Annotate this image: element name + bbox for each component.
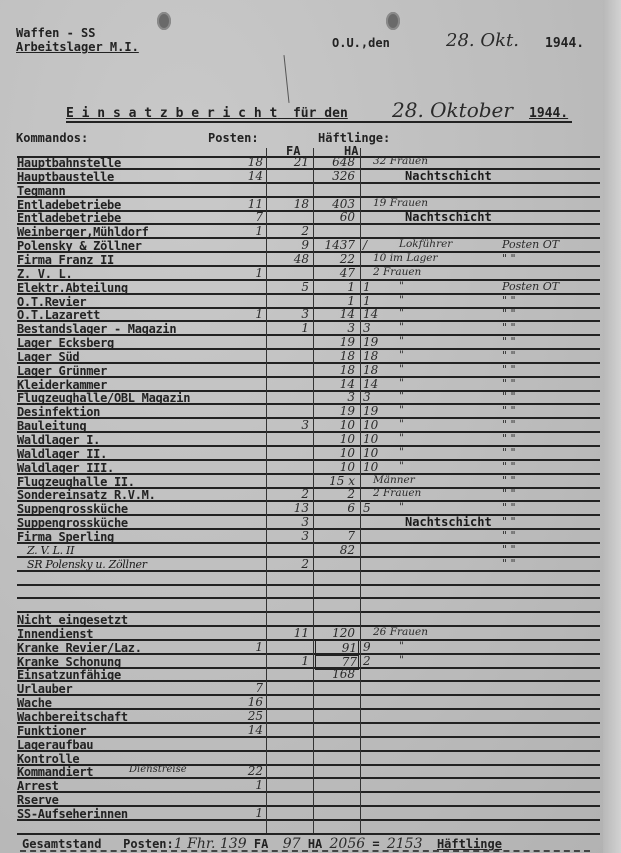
row-ha-extra: 3 (363, 321, 383, 335)
table-row: KommandiertDienstreise22 (17, 767, 600, 780)
row-name-note: Dienstreise (129, 764, 187, 775)
table-row (17, 587, 600, 600)
row-ha: 1 (315, 280, 355, 294)
row-fa: 3 (269, 529, 309, 543)
row-ha: 10 (315, 446, 355, 460)
row-typed-note: Nachtschicht (405, 169, 492, 183)
row-ha-extra: 18 (363, 349, 383, 363)
row-posten: 1 (223, 266, 263, 280)
row-ha-extra: 5 (363, 501, 383, 515)
row-name: Hauptbaustelle (17, 170, 114, 184)
row-name: Waldlager I. (17, 433, 100, 447)
row-ha-extra: 10 (363, 432, 383, 446)
summary-equals: = (372, 837, 379, 851)
row-ha: 19 (315, 404, 355, 418)
row-ot-note: " " (502, 418, 516, 431)
row-ha: 10 (315, 418, 355, 432)
row-name: Entladebetriebe (17, 211, 121, 225)
row-fa: 3 (269, 418, 309, 432)
row-ha: 14 (315, 307, 355, 321)
row-name: Lageraufbau (17, 738, 93, 752)
row-ot-note: " " (502, 543, 516, 556)
row-name: Einsatzunfähige (17, 668, 121, 682)
punch-hole-icon (386, 12, 400, 30)
row-fa: 1 (269, 654, 309, 668)
row-name: Kleiderkammer (17, 378, 107, 392)
row-remark: " (399, 446, 404, 458)
row-ot-note: " " (502, 404, 516, 417)
row-remark: " (399, 349, 404, 361)
row-ha-extra: 9 (363, 640, 383, 654)
row-remark: " (399, 460, 404, 472)
row-ha: 22 (315, 252, 355, 266)
row-posten: 11 (223, 197, 263, 211)
row-posten: 1 (223, 640, 263, 654)
row-name: Wache (17, 696, 52, 710)
row-remark: " (399, 335, 404, 347)
row-ot-note: " " (502, 377, 516, 390)
report-title: E i n s a t z b e r i c h t für den (66, 106, 348, 121)
row-ot-note: " " (502, 487, 516, 500)
row-fa: 9 (269, 238, 309, 252)
row-ot-note: Posten OT (502, 238, 559, 251)
row-ha-extra: 3 (363, 390, 383, 404)
row-posten: 1 (223, 778, 263, 792)
row-ha: 3 (315, 321, 355, 335)
row-fa: 48 (269, 252, 309, 266)
row-name: Firma Franz II (17, 253, 114, 267)
table-row: Arrest1 (17, 781, 600, 794)
row-name: Kontrolle (17, 752, 79, 766)
row-ha: 2 (315, 487, 355, 501)
row-name: Elektr.Abteilung (17, 281, 128, 295)
row-ot-note: " " (502, 349, 516, 362)
row-fa: 21 (269, 155, 309, 169)
row-name: Wachbereitschaft (17, 710, 128, 724)
row-ha: 3 (315, 390, 355, 404)
row-ha-extra: 1 (363, 280, 383, 294)
row-ha: 14 (315, 377, 355, 391)
row-posten: 22 (223, 764, 263, 778)
table-row: SR Polensky u. Zöllner2" " (17, 560, 600, 573)
row-ha-extra: / (363, 238, 383, 252)
row-name: Arrest (17, 779, 59, 793)
row-ha-extra: 10 (363, 460, 383, 474)
row-ot-note: Posten OT (502, 280, 559, 293)
table-row: Einsatzunfähige168 (17, 670, 600, 683)
summary-ha-label: HA (308, 837, 322, 851)
summary-posten-label: Posten: (123, 837, 174, 851)
row-name: Flugzeughalle II. (17, 475, 135, 489)
row-fa: 3 (269, 515, 309, 529)
table-row: Kontrolle (17, 754, 600, 767)
place-prefix: O.U.,den (332, 36, 390, 50)
row-ha-extra: 10 (363, 418, 383, 432)
row-name: Lager Süd (17, 350, 79, 364)
summary-fa-label: FA (254, 837, 268, 851)
row-name: O.T.Lazarett (17, 308, 100, 322)
row-ha: 1 (315, 294, 355, 308)
org-line-1: Waffen - SS (16, 26, 139, 40)
summary-total-label: Häftlinge (437, 837, 502, 851)
row-ha: 168 (315, 667, 355, 681)
row-remark: " (399, 418, 404, 430)
row-posten: 1 (223, 224, 263, 238)
row-ot-note: " " (502, 460, 516, 473)
row-fa: 2 (269, 487, 309, 501)
row-remark: " (399, 404, 404, 416)
row-name: Waldlager II. (17, 447, 107, 461)
row-name: Innendienst (17, 627, 93, 641)
table-row: Firma Franz II482210 im Lager" " (17, 255, 600, 268)
row-ot-note: " " (502, 501, 516, 514)
row-remark: " (399, 377, 404, 389)
summary-label: Gesamtstand (22, 837, 101, 851)
row-ha: 648 (315, 155, 355, 169)
row-name: Kranke Schonung (17, 655, 121, 669)
row-ot-note: " " (502, 529, 516, 542)
row-remark: " (399, 280, 404, 292)
row-fa: 2 (269, 557, 309, 571)
page-edge (603, 0, 621, 853)
row-ot-note: " " (502, 363, 516, 376)
row-name: Hauptbahnstelle (17, 156, 121, 170)
row-name: Suppengrossküche (17, 516, 128, 530)
row-remark: 26 Frauen (373, 626, 428, 638)
row-ot-note: " " (502, 335, 516, 348)
row-ot-note: " " (502, 294, 516, 307)
row-name: Weinberger,Mühldorf (17, 225, 149, 239)
col-kommandos: Kommandos: (16, 131, 88, 145)
row-ha: 326 (315, 169, 355, 183)
row-name: Flugzeughalle/OBL Magazin (17, 391, 190, 405)
row-ot-note: " " (502, 474, 516, 487)
table-row: Hauptbaustelle14326Nachtschicht (17, 172, 600, 185)
title-year: 1944. (529, 106, 568, 121)
header-year: 1944. (545, 36, 584, 51)
row-name: Bestandslager - Magazin (17, 322, 176, 336)
row-name: O.T.Revier (17, 295, 86, 309)
row-name: Lager Grünmer (17, 364, 107, 378)
row-ot-note: " " (502, 515, 516, 528)
row-name: Rserve (17, 793, 59, 807)
row-ha-extra: 1 (363, 294, 383, 308)
row-remark: " (399, 432, 404, 444)
table-row: Funktioner14 (17, 726, 600, 739)
row-name: Tegmann (17, 184, 65, 198)
row-ha: 47 (315, 266, 355, 280)
row-name: Z. V. L. (17, 267, 72, 281)
row-fa: 13 (269, 501, 309, 515)
row-ha: 15 x (315, 474, 355, 488)
title-label: E i n s a t z b e r i c h t (66, 106, 277, 121)
row-posten: 7 (223, 210, 263, 224)
row-ha-extra: 10 (363, 446, 383, 460)
row-ot-note: " " (502, 321, 516, 334)
row-name: Entladebetriebe (17, 198, 121, 212)
row-remark: " (399, 294, 404, 306)
row-ha: 82 (315, 543, 355, 557)
row-ha: 18 (315, 363, 355, 377)
row-name: Waldlager III. (17, 461, 114, 475)
title-date-handwritten: 28. Oktober (392, 98, 513, 122)
row-posten: 7 (223, 681, 263, 695)
row-ha: 18 (315, 349, 355, 363)
row-ha: 10 (315, 460, 355, 474)
row-ha: 19 (315, 335, 355, 349)
row-ot-note: " " (502, 390, 516, 403)
row-name: Suppengrossküche (17, 502, 128, 516)
row-name: Bauleitung (17, 419, 86, 433)
title-for: für den (293, 106, 348, 121)
org-header: Waffen - SS Arbeitslager M.I. (16, 26, 139, 54)
row-name: Funktioner (17, 724, 86, 738)
title-underline (66, 121, 572, 123)
row-name: Kranke Revier/Laz. (17, 641, 142, 655)
row-remark: 10 im Lager (373, 252, 438, 264)
row-posten: 18 (223, 155, 263, 169)
row-name: Sondereinsatz R.V.M. (17, 488, 156, 502)
row-fa: 3 (269, 307, 309, 321)
row-ha: 60 (315, 210, 355, 224)
row-posten: 25 (223, 709, 263, 723)
row-fa: 5 (269, 280, 309, 294)
row-fa: 11 (269, 626, 309, 640)
table-row: Lageraufbau (17, 740, 600, 753)
row-ot-note: " " (502, 446, 516, 459)
header-date-handwritten: 28. Okt. (446, 30, 519, 51)
row-ot-note: " " (502, 432, 516, 445)
row-ha-extra: 14 (363, 307, 383, 321)
row-posten: 1 (223, 806, 263, 820)
row-remark: 2 Frauen (373, 266, 421, 278)
row-remark: " (399, 363, 404, 375)
row-name: Lager Ecksberg (17, 336, 114, 350)
row-ha-extra: 19 (363, 404, 383, 418)
row-rule (17, 833, 600, 835)
table-row: Wachbereitschaft25 (17, 712, 600, 725)
row-name: SR Polensky u. Zöllner (27, 558, 147, 571)
row-ot-note: " " (502, 557, 516, 570)
row-fa: 1 (269, 321, 309, 335)
row-name: Polensky & Zöllner (17, 239, 142, 253)
row-ha: 10 (315, 432, 355, 446)
row-ha: 1437 (315, 238, 355, 252)
row-name: Firma Sperling (17, 530, 114, 544)
row-ha: 6 (315, 501, 355, 515)
row-remark: " (399, 640, 404, 652)
row-ha-extra: 19 (363, 335, 383, 349)
row-ot-note: " " (502, 252, 516, 265)
row-name: SS-Aufseherinnen (17, 807, 128, 821)
row-typed-note: Nachtschicht (405, 515, 492, 529)
row-fa: 18 (269, 197, 309, 211)
row-remark: 19 Frauen (373, 197, 428, 209)
punch-hole-icon (157, 12, 171, 30)
row-ha: 403 (315, 197, 355, 211)
table-row: Urlauber7 (17, 684, 600, 697)
row-remark: " (399, 501, 404, 513)
row-posten: 14 (223, 723, 263, 737)
row-remark: Lokführer (399, 238, 452, 250)
row-remark: " (399, 321, 404, 333)
row-remark: " (399, 307, 404, 319)
row-name: Desinfektion (17, 405, 100, 419)
row-remark: " (399, 654, 404, 666)
row-remark: " (399, 390, 404, 402)
row-ha-extra: 2 (363, 654, 383, 668)
col-posten: Posten: (208, 131, 259, 145)
row-ha: 120 (315, 626, 355, 640)
row-name: Kommandiert (17, 765, 93, 779)
table-row (17, 574, 600, 587)
row-name: Nicht eingesetzt (17, 613, 128, 627)
row-ha: 7 (315, 529, 355, 543)
row-remark: 2 Frauen (373, 487, 421, 499)
table-row: SS-Aufseherinnen1 (17, 809, 600, 822)
row-ha-extra: 18 (363, 363, 383, 377)
row-posten: 14 (223, 169, 263, 183)
org-line-2: Arbeitslager M.I. (16, 40, 139, 54)
row-posten: 1 (223, 307, 263, 321)
row-remark: Männer (373, 474, 415, 486)
row-posten: 16 (223, 695, 263, 709)
row-remark: 32 Frauen (373, 155, 428, 167)
row-name: Urlauber (17, 682, 72, 696)
row-typed-note: Nachtschicht (405, 210, 492, 224)
col-haeftlinge: Häftlinge: (318, 131, 390, 145)
row-name: Z. V. L. II (27, 544, 74, 557)
row-ha-extra: 14 (363, 377, 383, 391)
row-fa: 2 (269, 224, 309, 238)
row-ot-note: " " (502, 307, 516, 320)
